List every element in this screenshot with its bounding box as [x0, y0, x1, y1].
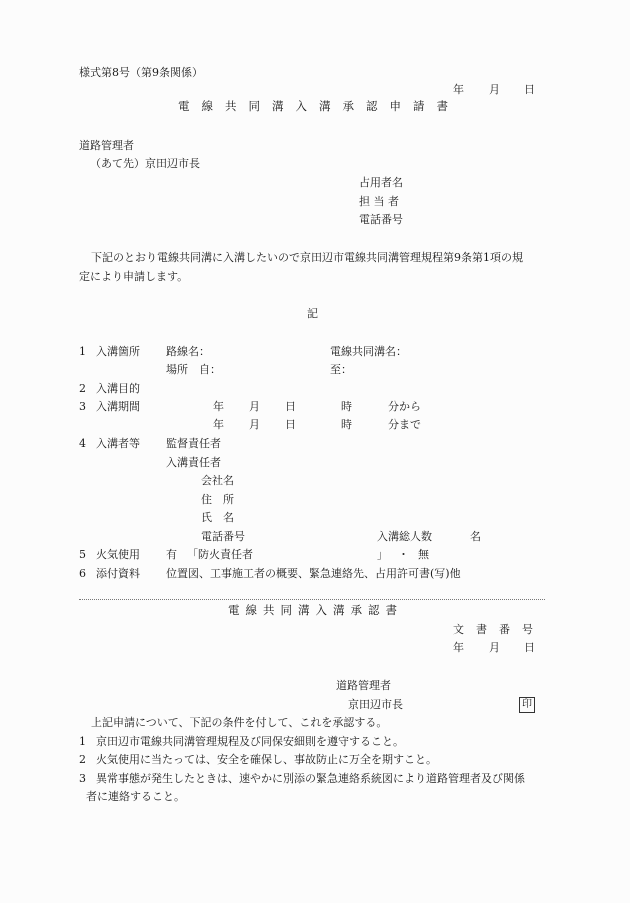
document-number-label: 文書番号	[453, 624, 534, 635]
name-label: 氏 名	[201, 512, 234, 523]
title-char: 同	[281, 605, 299, 617]
entry-manager-label: 入溝責任者	[166, 457, 221, 468]
title-char: 請	[413, 101, 437, 113]
condition-number: 2	[79, 754, 86, 765]
condition-number: 1	[79, 736, 86, 747]
issuer-line2: 京田辺市長	[348, 699, 403, 710]
title-char: 線	[202, 101, 226, 113]
date-year: 年	[453, 84, 464, 95]
title-char: 線	[246, 605, 264, 617]
item-number: 4	[79, 438, 86, 449]
title-char: 入	[316, 605, 334, 617]
approval-intro: 上記申請について、下記の条件を付して、これを承認する。	[91, 717, 387, 728]
title-char: 書	[386, 605, 404, 617]
body-line2: 定により申請します。	[79, 271, 188, 282]
condition-text: 異常事態が発生したときは、速やかに別添の緊急連絡系統図により道路管理者及び関係	[96, 773, 525, 784]
date-day: 日	[524, 642, 535, 653]
company-label: 会社名	[201, 475, 234, 486]
title-char: 承	[343, 101, 367, 113]
title-char: 溝	[319, 101, 343, 113]
title-char: 同	[249, 101, 273, 113]
period-from-day: 日	[285, 401, 296, 412]
place-from-label: 場所 自：	[166, 364, 221, 375]
applicant-contact-label: 担 当 者	[359, 196, 399, 207]
fire-use-no: 無	[418, 549, 429, 560]
phone-label: 電話番号	[201, 531, 245, 542]
period-to-minute: 分まで	[388, 419, 421, 430]
item-label: 添付資料	[96, 568, 140, 579]
ki-heading: 記	[307, 308, 318, 319]
separator-dot: ・	[398, 549, 409, 560]
duct-name-label: 電線共同溝名：	[330, 346, 407, 357]
date-month: 月	[489, 84, 500, 95]
period-from-month: 月	[249, 401, 260, 412]
title-char: 認	[368, 605, 386, 617]
item-number: 3	[79, 401, 86, 412]
item-number: 5	[79, 549, 86, 560]
title-char: 溝	[272, 101, 296, 113]
doc-number-char: 書	[476, 624, 499, 635]
supervisor-label: 監督責任者	[166, 438, 221, 449]
doc-number-char: 文	[453, 624, 476, 635]
applicant-phone-label: 電話番号	[359, 214, 403, 225]
place-to-label: 至：	[330, 364, 352, 375]
item-label: 入溝者等	[96, 438, 140, 449]
approval-title: 電線共同溝入溝承認書	[228, 605, 403, 617]
applicant-name-label: 占用者名	[359, 177, 403, 188]
title-char: 書	[437, 101, 461, 113]
address-label: 住 所	[201, 494, 234, 505]
item-number: 6	[79, 568, 86, 579]
condition-text-continued: 者に連絡すること。	[86, 791, 185, 802]
title-char: 電	[228, 605, 246, 617]
item-label: 入溝期間	[96, 401, 140, 412]
route-name-label: 路線名：	[166, 346, 210, 357]
title-char: 共	[263, 605, 281, 617]
item-label: 火気使用	[96, 549, 140, 560]
application-title: 電線共同溝入溝承認申請書	[178, 101, 460, 113]
period-to-year: 年	[213, 419, 224, 430]
close-bracket: 」	[377, 549, 388, 560]
title-char: 共	[225, 101, 249, 113]
condition-number: 3	[79, 773, 86, 784]
date-month: 月	[489, 642, 500, 653]
date-day: 日	[524, 84, 535, 95]
item-number: 1	[79, 346, 86, 357]
title-char: 申	[390, 101, 414, 113]
period-to-day: 日	[285, 419, 296, 430]
title-char: 溝	[333, 605, 351, 617]
seal-stamp: 印	[519, 697, 535, 713]
title-char: 認	[366, 101, 390, 113]
body-line1: 下記のとおり電線共同溝に入溝したいので京田辺市電線共同溝管理規程第9条第1項の規	[91, 252, 523, 263]
addressee-line2: （あて先）京田辺市長	[90, 158, 200, 169]
total-people-label: 入溝総人数	[377, 531, 432, 542]
period-from-hour: 時	[341, 401, 352, 412]
item-label: 入溝箇所	[96, 346, 140, 357]
form-number: 様式第8号（第9条関係）	[79, 67, 203, 78]
title-char: 電	[178, 101, 202, 113]
period-from-minute: 分から	[388, 401, 421, 412]
people-unit: 名	[470, 531, 481, 542]
condition-text: 京田辺市電線共同溝管理規程及び同保安細則を遵守すること。	[96, 736, 404, 747]
period-from-year: 年	[213, 401, 224, 412]
item-number: 2	[79, 383, 86, 394]
doc-number-char: 号	[522, 624, 534, 635]
period-to-hour: 時	[341, 419, 352, 430]
dotted-separator	[79, 599, 545, 600]
fire-use-yes: 有	[166, 549, 177, 560]
fire-officer-label: 「防火責任者	[187, 549, 253, 560]
date-year: 年	[453, 642, 464, 653]
period-to-month: 月	[249, 419, 260, 430]
doc-number-char: 番	[499, 624, 522, 635]
issuer-line1: 道路管理者	[336, 680, 391, 691]
addressee-line1: 道路管理者	[79, 140, 134, 151]
title-char: 入	[296, 101, 320, 113]
condition-text: 火気使用に当たっては、安全を確保し、事故防止に万全を期すこと。	[96, 754, 437, 765]
title-char: 承	[351, 605, 369, 617]
title-char: 溝	[298, 605, 316, 617]
attachments-value: 位置図、工事施工者の概要、緊急連絡先、占用許可書(写)他	[166, 568, 461, 579]
item-label: 入溝目的	[96, 383, 140, 394]
